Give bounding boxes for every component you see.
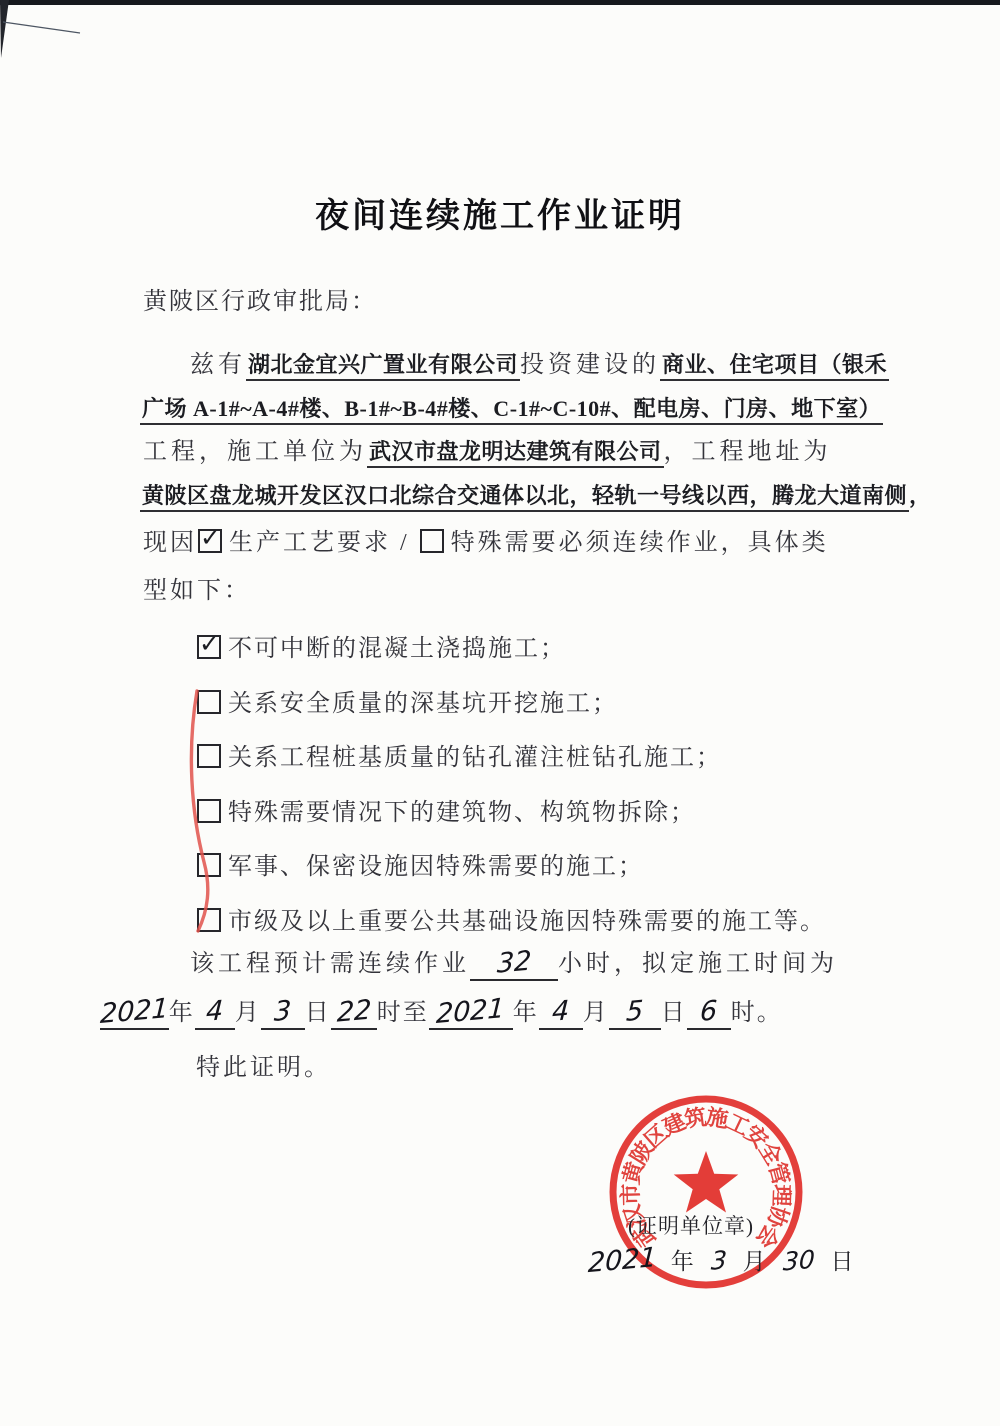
handwritten-end-hour: 6 bbox=[699, 996, 718, 1028]
handwritten-end-month: 4 bbox=[551, 996, 570, 1028]
reason-1-label: 生产工艺要求 bbox=[229, 530, 391, 556]
scan-edge-artifact bbox=[0, 0, 1000, 5]
month-label: 月 bbox=[743, 1249, 767, 1274]
body-line-3: 工程，施工单位为武汉市盘龙明达建筑有限公司，工程地址为 bbox=[143, 437, 832, 467]
checkbox-empty-icon bbox=[197, 690, 221, 714]
checkbox-empty-icon bbox=[420, 529, 444, 553]
stamp-unit-label: (证明单位章) bbox=[628, 1210, 754, 1240]
handwritten-end-day: 5 bbox=[625, 996, 644, 1028]
work-type-label: 市级及以上重要公共基础设施因特殊需要的施工等。 bbox=[228, 909, 826, 935]
page-title: 夜间连续施工作业证明 bbox=[0, 188, 1000, 237]
handwritten-hours: 32 bbox=[496, 946, 532, 979]
start-year-blank: 2021 bbox=[100, 997, 169, 1030]
project-address: 黄陂区盘龙城开发区汉口北综合交通体以北，轻轨一号线以西，腾龙大道南侧 bbox=[140, 483, 909, 512]
printed-text: 投资建设的 bbox=[520, 352, 660, 378]
printed-text: 现因 bbox=[143, 530, 197, 556]
handwritten-stamp-day: 30 bbox=[782, 1244, 815, 1276]
contractor-name: 武汉市盘龙明达建筑有限公司 bbox=[367, 439, 664, 468]
checkbox-checked-icon bbox=[197, 635, 221, 659]
work-type-item: 不可中断的混凝土浇捣施工； bbox=[196, 628, 826, 653]
stamp-date-line: 2021年3月30日 bbox=[588, 1243, 854, 1276]
handwritten-stamp-year: 2021 bbox=[587, 1242, 657, 1279]
work-type-item: 军事、保密设施因特殊需要的施工； bbox=[196, 846, 826, 871]
work-type-label: 军事、保密设施因特殊需要的施工； bbox=[228, 854, 644, 880]
handwritten-end-year: 2021 bbox=[436, 994, 506, 1030]
duration-line: 该工程预计需连续作业32小时，拟定施工时间为 bbox=[143, 948, 838, 981]
printed-text: 该工程预计需连续作业 bbox=[190, 951, 470, 977]
scan-corner-wedge bbox=[0, 0, 9, 58]
year-label: 年 bbox=[671, 1249, 695, 1274]
end-year-blank: 2021 bbox=[429, 997, 513, 1030]
investor-name: 湖北金宜兴广置业有限公司 bbox=[246, 352, 520, 381]
slash-separator: / bbox=[400, 530, 410, 556]
day-label: 日 bbox=[305, 1000, 331, 1026]
checkbox-checked-icon bbox=[198, 529, 222, 553]
printed-text: 工程，施工单位为 bbox=[143, 439, 367, 465]
body-line-2: 广场 A-1#~A-4#楼、B-1#~B-4#楼、C-1#~C-10#、配电房、… bbox=[140, 394, 883, 424]
handwritten-start-hour: 22 bbox=[336, 995, 372, 1028]
body-line-4: 黄陂区盘龙城开发区汉口北综合交通体以北，轻轨一号线以西，腾龙大道南侧， bbox=[140, 481, 932, 511]
day-label: 日 bbox=[830, 1249, 854, 1274]
hours-blank-underline: 32 bbox=[470, 948, 558, 981]
printed-text: 小时，拟定施工时间为 bbox=[558, 951, 838, 977]
day-label: 日 bbox=[661, 1000, 687, 1026]
project-name-part2: 广场 A-1#~A-4#楼、B-1#~B-4#楼、C-1#~C-10#、配电房、… bbox=[140, 396, 883, 425]
work-type-label: 特殊需要情况下的建筑物、构筑物拆除； bbox=[228, 800, 696, 826]
scan-scratch-line bbox=[3, 22, 80, 33]
work-type-label: 不可中断的混凝土浇捣施工； bbox=[228, 636, 566, 662]
closing-line: 特此证明。 bbox=[196, 1053, 331, 1083]
reason-2-label: 特殊需要必须连续作业，具体类 bbox=[451, 530, 829, 556]
printed-text: 兹有 bbox=[190, 352, 246, 378]
hour-end-label: 时。 bbox=[731, 1000, 783, 1026]
project-name-part1: 商业、住宅项目（银禾 bbox=[660, 352, 889, 381]
year-label: 年 bbox=[513, 1000, 539, 1026]
end-day-blank: 5 bbox=[609, 997, 661, 1030]
stamp-star-icon bbox=[674, 1151, 739, 1213]
body-line-6: 型如下： bbox=[143, 576, 251, 606]
checkbox-empty-icon bbox=[197, 908, 221, 932]
work-type-item: 特殊需要情况下的建筑物、构筑物拆除； bbox=[196, 792, 826, 817]
handwritten-start-day: 3 bbox=[273, 996, 292, 1028]
official-red-stamp: 武汉市黄陂区建筑施工安全管理协会 bbox=[582, 1066, 832, 1316]
work-type-label: 关系工程桩基质量的钻孔灌注桩钻孔施工； bbox=[228, 745, 722, 771]
handwritten-stamp-month: 3 bbox=[710, 1245, 727, 1276]
start-day-blank: 3 bbox=[261, 997, 305, 1030]
start-hour-blank: 22 bbox=[331, 997, 377, 1030]
addressee-line: 黄陂区行政审批局： bbox=[143, 287, 377, 317]
work-type-item: 关系工程桩基质量的钻孔灌注桩钻孔施工； bbox=[196, 737, 826, 762]
printed-text: ，工程地址为 bbox=[664, 439, 832, 465]
work-type-item: 关系安全质量的深基坑开挖施工； bbox=[196, 683, 826, 708]
start-month-blank: 4 bbox=[195, 997, 235, 1030]
month-label: 月 bbox=[235, 1000, 261, 1026]
work-type-list: 不可中断的混凝土浇捣施工；关系安全质量的深基坑开挖施工；关系工程桩基质量的钻孔灌… bbox=[196, 628, 826, 955]
checkbox-empty-icon bbox=[197, 799, 221, 823]
work-type-label: 关系安全质量的深基坑开挖施工； bbox=[228, 691, 618, 717]
hour-to-label: 时至 bbox=[377, 1000, 429, 1026]
printed-comma: ， bbox=[909, 483, 932, 508]
month-label: 月 bbox=[583, 1000, 609, 1026]
handwritten-start-year: 2021 bbox=[99, 994, 169, 1030]
handwritten-start-month: 4 bbox=[205, 996, 224, 1028]
work-type-item: 市级及以上重要公共基础设施因特殊需要的施工等。 bbox=[196, 901, 826, 926]
end-hour-blank: 6 bbox=[687, 997, 731, 1030]
checkbox-empty-icon bbox=[197, 744, 221, 768]
year-label: 年 bbox=[169, 1000, 195, 1026]
scanned-certificate-page: 夜间连续施工作业证明 黄陂区行政审批局： 兹有湖北金宜兴广置业有限公司投资建设的… bbox=[0, 0, 1000, 1426]
body-line-1: 兹有湖北金宜兴广置业有限公司投资建设的商业、住宅项目（银禾 bbox=[143, 350, 889, 380]
checkbox-empty-icon bbox=[197, 853, 221, 877]
body-line-5: 现因生产工艺要求 / 特殊需要必须连续作业，具体类 bbox=[143, 528, 829, 558]
end-month-blank: 4 bbox=[539, 997, 583, 1030]
schedule-line: 2021年4月3日22时至2021年4月5日6时。 bbox=[100, 997, 783, 1030]
